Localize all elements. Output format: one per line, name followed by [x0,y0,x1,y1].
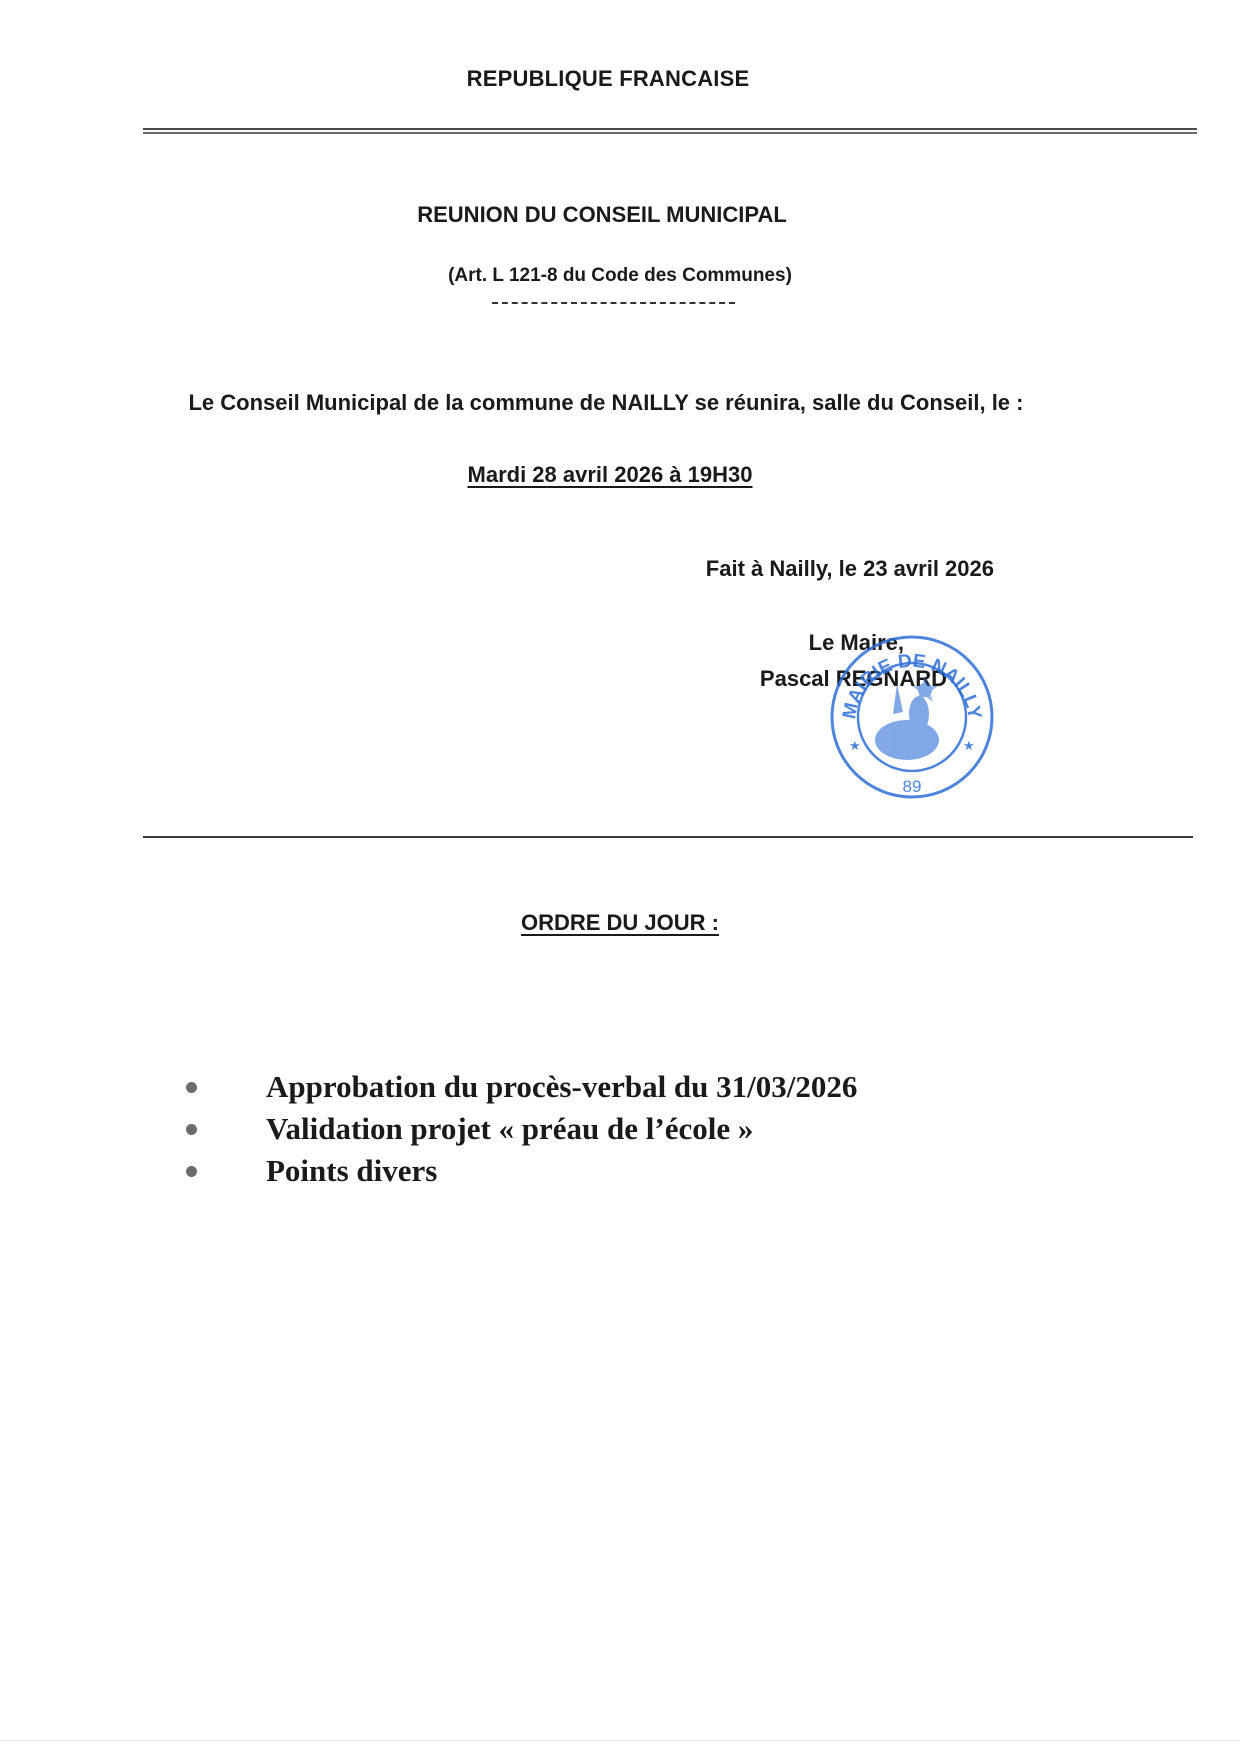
agenda-item: Points divers [186,1150,857,1192]
svg-text:★: ★ [963,738,975,753]
header-double-divider [143,128,1197,134]
agenda-heading-text: ORDRE DU JOUR : [521,910,719,935]
agenda-list: Approbation du procès-verbal du 31/03/20… [186,1066,857,1192]
convocation-intro: Le Conseil Municipal de la commune de NA… [0,390,1212,416]
section-divider [143,836,1193,838]
bullet-icon [186,1082,197,1093]
place-and-date: Fait à Nailly, le 23 avril 2026 [706,556,994,582]
meeting-datetime-text: Mardi 28 avril 2026 à 19H30 [468,462,753,487]
svg-text:★: ★ [849,738,861,753]
agenda-item: Approbation du procès-verbal du 31/03/20… [186,1066,857,1108]
legal-reference: (Art. L 121-8 du Code des Communes) [0,265,1240,287]
republic-header: REPUBLIQUE FRANCAISE [0,66,1216,92]
meeting-datetime: Mardi 28 avril 2026 à 19H30 [0,462,1220,488]
agenda-heading: ORDRE DU JOUR : [0,910,1240,936]
agenda-item: Validation projet « préau de l’école » [186,1108,857,1150]
agenda-item-text: Points divers [266,1153,437,1188]
bullet-icon [186,1166,197,1177]
dashed-divider [492,302,735,304]
stamp-text-bottom: 89 [903,777,922,796]
document-title: REUNION DU CONSEIL MUNICIPAL [0,202,1204,228]
agenda-item-text: Validation projet « préau de l’école » [266,1111,753,1146]
agenda-item-text: Approbation du procès-verbal du 31/03/20… [266,1069,857,1104]
scan-edge-line [0,1740,1240,1741]
bullet-icon [186,1124,197,1135]
municipal-seal-icon: MAIRIE DE NAILLY 89 ★ ★ [827,632,997,802]
